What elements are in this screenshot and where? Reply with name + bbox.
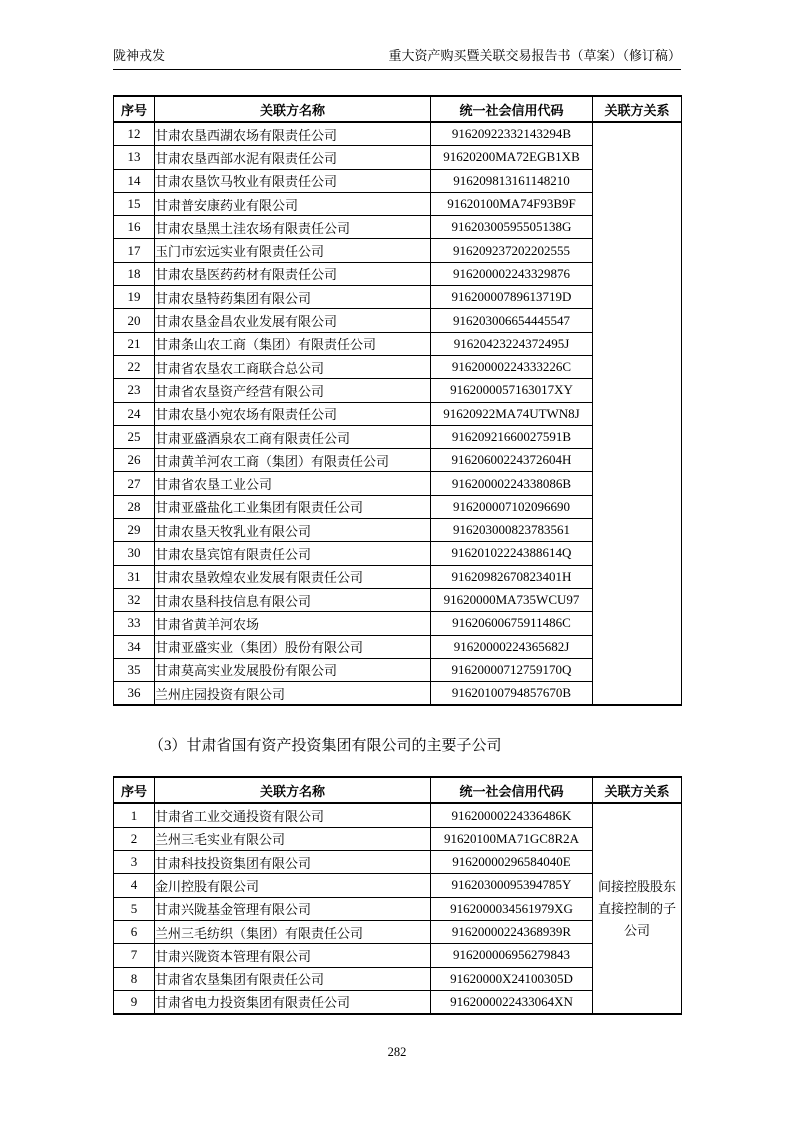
seq-cell: 22: [114, 355, 155, 378]
seq-cell: 4: [114, 874, 155, 897]
seq-cell: 2: [114, 827, 155, 850]
credit-code-cell: 91620000X24100305D: [431, 967, 593, 990]
credit-code-cell: 91620922332143294B: [431, 122, 593, 146]
relation-cell: 间接控股股东直接控制的子公司: [593, 803, 682, 1014]
company-name-cell: 甘肃兴陇基金管理有限公司: [155, 897, 431, 920]
credit-code-cell: 9162000057163017XY: [431, 379, 593, 402]
column-header: 序号: [114, 777, 155, 803]
seq-cell: 13: [114, 146, 155, 169]
seq-cell: 5: [114, 897, 155, 920]
page-number: 282: [113, 1045, 681, 1060]
column-header: 关联方关系: [593, 96, 682, 122]
credit-code-cell: 91620600675911486C: [431, 612, 593, 635]
company-name-cell: 甘肃亚盛实业（集团）股份有限公司: [155, 635, 431, 658]
seq-cell: 35: [114, 658, 155, 681]
column-header: 统一社会信用代码: [431, 777, 593, 803]
credit-code-cell: 916200002243329876: [431, 262, 593, 285]
credit-code-cell: 91620000224338086B: [431, 472, 593, 495]
company-name-cell: 甘肃省农垦农工商联合总公司: [155, 355, 431, 378]
company-name-cell: 甘肃农垦黑土洼农场有限责任公司: [155, 216, 431, 239]
credit-code-cell: 91620000296584040E: [431, 851, 593, 874]
credit-code-cell: 91620423224372495J: [431, 332, 593, 355]
company-name-cell: 甘肃省电力投资集团有限责任公司: [155, 990, 431, 1014]
seq-cell: 23: [114, 379, 155, 402]
column-header: 序号: [114, 96, 155, 122]
seq-cell: 19: [114, 286, 155, 309]
company-name-cell: 甘肃农垦医药药材有限责任公司: [155, 262, 431, 285]
column-header: 统一社会信用代码: [431, 96, 593, 122]
credit-code-cell: 91620102224388614Q: [431, 542, 593, 565]
table-row: 1甘肃省工业交通投资有限公司91620000224336486K间接控股股东直接…: [114, 803, 682, 827]
company-name-cell: 甘肃省工业交通投资有限公司: [155, 803, 431, 827]
header-row: 序号关联方名称统一社会信用代码关联方关系: [114, 96, 682, 122]
doc-header-left: 陇神戎发: [113, 48, 165, 64]
credit-code-cell: 91620000224368939R: [431, 920, 593, 943]
seq-cell: 1: [114, 803, 155, 827]
seq-cell: 34: [114, 635, 155, 658]
credit-code-cell: 91620921660027591B: [431, 425, 593, 448]
company-name-cell: 金川控股有限公司: [155, 874, 431, 897]
column-header: 关联方名称: [155, 96, 431, 122]
seq-cell: 21: [114, 332, 155, 355]
credit-code-cell: 9162000034561979XG: [431, 897, 593, 920]
seq-cell: 9: [114, 990, 155, 1014]
company-name-cell: 兰州庄园投资有限公司: [155, 682, 431, 706]
company-name-cell: 兰州三毛实业有限公司: [155, 827, 431, 850]
page-content: 陇神戎发 重大资产购买暨关联交易报告书（草案）（修订稿） 序号关联方名称统一社会…: [113, 0, 681, 1060]
company-name-cell: 甘肃亚盛酒泉农工商有限责任公司: [155, 425, 431, 448]
company-name-cell: 甘肃省农垦集团有限责任公司: [155, 967, 431, 990]
seq-cell: 16: [114, 216, 155, 239]
company-name-cell: 甘肃农垦西湖农场有限责任公司: [155, 122, 431, 146]
company-name-cell: 甘肃普安康药业有限公司: [155, 192, 431, 215]
company-name-cell: 甘肃省黄羊河农场: [155, 612, 431, 635]
seq-cell: 15: [114, 192, 155, 215]
table-row: 12甘肃农垦西湖农场有限责任公司91620922332143294B: [114, 122, 682, 146]
seq-cell: 7: [114, 944, 155, 967]
seq-cell: 3: [114, 851, 155, 874]
seq-cell: 36: [114, 682, 155, 706]
credit-code-cell: 91620000MA735WCU97: [431, 588, 593, 611]
related-parties-table-1: 序号关联方名称统一社会信用代码关联方关系12甘肃农垦西湖农场有限责任公司9162…: [113, 95, 682, 706]
seq-cell: 29: [114, 519, 155, 542]
credit-code-cell: 91620100MA71GC8R2A: [431, 827, 593, 850]
credit-code-cell: 916200007102096690: [431, 495, 593, 518]
column-header: 关联方关系: [593, 777, 682, 803]
company-name-cell: 兰州三毛纺织（集团）有限责任公司: [155, 920, 431, 943]
seq-cell: 20: [114, 309, 155, 332]
seq-cell: 25: [114, 425, 155, 448]
company-name-cell: 玉门市宏远实业有限责任公司: [155, 239, 431, 262]
seq-cell: 6: [114, 920, 155, 943]
company-name-cell: 甘肃莫高实业发展股份有限公司: [155, 658, 431, 681]
credit-code-cell: 91620300595505138G: [431, 216, 593, 239]
relation-cell: [593, 122, 682, 705]
company-name-cell: 甘肃农垦金昌农业发展有限公司: [155, 309, 431, 332]
company-name-cell: 甘肃农垦小宛农场有限责任公司: [155, 402, 431, 425]
credit-code-cell: 91620982670823401H: [431, 565, 593, 588]
company-name-cell: 甘肃科技投资集团有限公司: [155, 851, 431, 874]
seq-cell: 14: [114, 169, 155, 192]
seq-cell: 31: [114, 565, 155, 588]
document-page: 陇神戎发 重大资产购买暨关联交易报告书（草案）（修订稿） 序号关联方名称统一社会…: [0, 0, 793, 1122]
credit-code-cell: 916209813161148210: [431, 169, 593, 192]
credit-code-cell: 91620600224372604H: [431, 449, 593, 472]
seq-cell: 17: [114, 239, 155, 262]
company-name-cell: 甘肃省农垦资产经营有限公司: [155, 379, 431, 402]
credit-code-cell: 91620000224333226C: [431, 355, 593, 378]
column-header: 关联方名称: [155, 777, 431, 803]
credit-code-cell: 91620000712759170Q: [431, 658, 593, 681]
credit-code-cell: 91620300095394785Y: [431, 874, 593, 897]
related-parties-table-2: 序号关联方名称统一社会信用代码关联方关系1甘肃省工业交通投资有限公司916200…: [113, 776, 682, 1015]
seq-cell: 30: [114, 542, 155, 565]
company-name-cell: 甘肃亚盛盐化工业集团有限责任公司: [155, 495, 431, 518]
company-name-cell: 甘肃条山农工商（集团）有限责任公司: [155, 332, 431, 355]
credit-code-cell: 91620100MA74F93B9F: [431, 192, 593, 215]
running-header: 陇神戎发 重大资产购买暨关联交易报告书（草案）（修订稿）: [113, 0, 681, 70]
seq-cell: 33: [114, 612, 155, 635]
company-name-cell: 甘肃农垦科技信息有限公司: [155, 588, 431, 611]
company-name-cell: 甘肃农垦天牧乳业有限公司: [155, 519, 431, 542]
company-name-cell: 甘肃农垦敦煌农业发展有限责任公司: [155, 565, 431, 588]
seq-cell: 32: [114, 588, 155, 611]
credit-code-cell: 9162000022433064XN: [431, 990, 593, 1014]
section-heading: （3）甘肃省国有资产投资集团有限公司的主要子公司: [149, 735, 681, 757]
company-name-cell: 甘肃省农垦工业公司: [155, 472, 431, 495]
seq-cell: 27: [114, 472, 155, 495]
seq-cell: 18: [114, 262, 155, 285]
company-name-cell: 甘肃农垦宾馆有限责任公司: [155, 542, 431, 565]
company-name-cell: 甘肃农垦特药集团有限公司: [155, 286, 431, 309]
seq-cell: 24: [114, 402, 155, 425]
seq-cell: 28: [114, 495, 155, 518]
doc-header-right: 重大资产购买暨关联交易报告书（草案）（修订稿）: [388, 48, 681, 64]
credit-code-cell: 91620000789613719D: [431, 286, 593, 309]
credit-code-cell: 91620200MA72EGB1XB: [431, 146, 593, 169]
credit-code-cell: 91620000224336486K: [431, 803, 593, 827]
credit-code-cell: 916203006654445547: [431, 309, 593, 332]
credit-code-cell: 916203000823783561: [431, 519, 593, 542]
header-row: 序号关联方名称统一社会信用代码关联方关系: [114, 777, 682, 803]
seq-cell: 12: [114, 122, 155, 146]
company-name-cell: 甘肃黄羊河农工商（集团）有限责任公司: [155, 449, 431, 472]
company-name-cell: 甘肃兴陇资本管理有限公司: [155, 944, 431, 967]
credit-code-cell: 91620922MA74UTWN8J: [431, 402, 593, 425]
credit-code-cell: 91620100794857670B: [431, 682, 593, 706]
credit-code-cell: 91620000224365682J: [431, 635, 593, 658]
seq-cell: 26: [114, 449, 155, 472]
company-name-cell: 甘肃农垦饮马牧业有限责任公司: [155, 169, 431, 192]
seq-cell: 8: [114, 967, 155, 990]
credit-code-cell: 916200006956279843: [431, 944, 593, 967]
company-name-cell: 甘肃农垦西部水泥有限责任公司: [155, 146, 431, 169]
credit-code-cell: 916209237202202555: [431, 239, 593, 262]
